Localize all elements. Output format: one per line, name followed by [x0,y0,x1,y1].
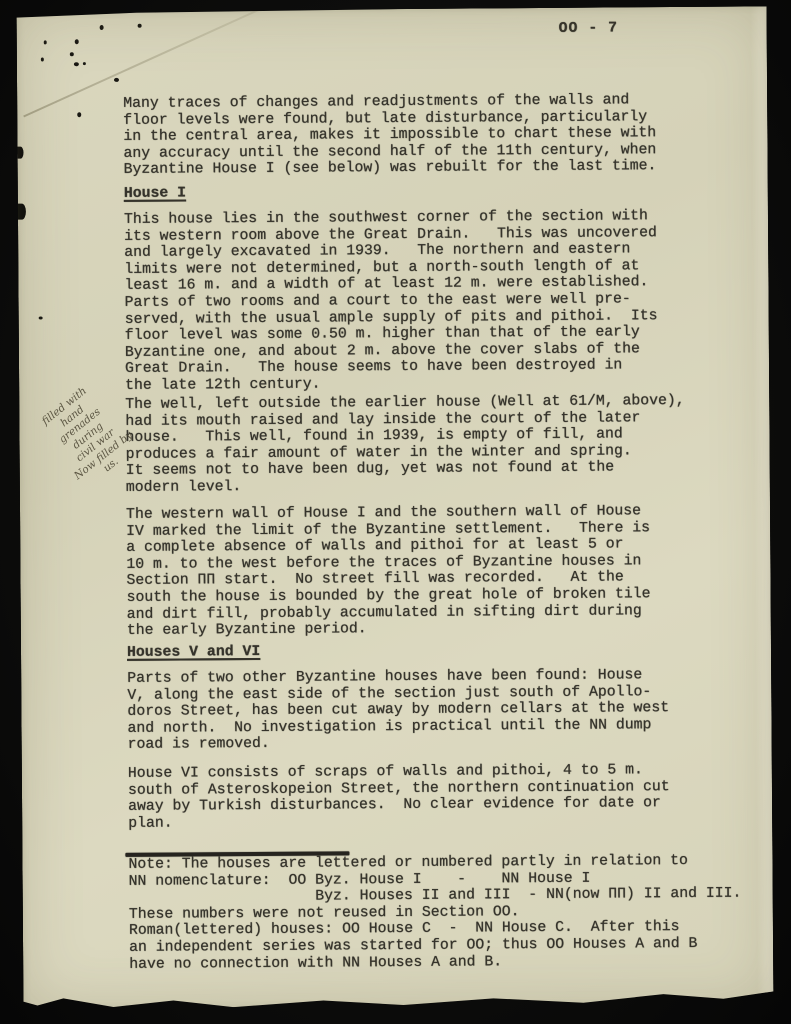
page-number: OO - 7 [559,20,618,37]
paper-speck [138,24,142,28]
paper-speck [74,62,79,66]
paragraph-house-i-limits: The western wall of House I and the sout… [126,503,651,639]
paper-notch [17,147,23,159]
paper-speck [41,57,44,61]
paper-speck [114,78,119,82]
paragraph-house-i-well: The well, left outside the earlier house… [125,393,685,496]
paper-speck [75,39,79,44]
paragraph-house-vi: House VI consists of scraps of walls and… [128,762,670,832]
paragraph-note: Note: The houses are lettered or numbere… [128,853,741,973]
paper-speck [44,40,47,44]
paper-speck [83,62,86,65]
section-heading-house-i: House I [124,185,186,202]
paragraph-intro: Many traces of changes and readjustments… [123,92,656,179]
paper-speck [100,25,104,30]
document-page: OO - 7 Many traces of changes and readju… [17,6,774,1010]
paragraph-house-i-1: This house lies in the southwest corner … [124,208,658,394]
paper-notch [18,204,26,220]
paper-speck [77,112,81,117]
paper-speck [39,316,43,319]
section-heading-houses-v-vi: Houses V and VI [127,644,260,662]
paper-speck [70,52,74,56]
paragraph-houses-v: Parts of two other Byzantine houses have… [127,667,669,754]
